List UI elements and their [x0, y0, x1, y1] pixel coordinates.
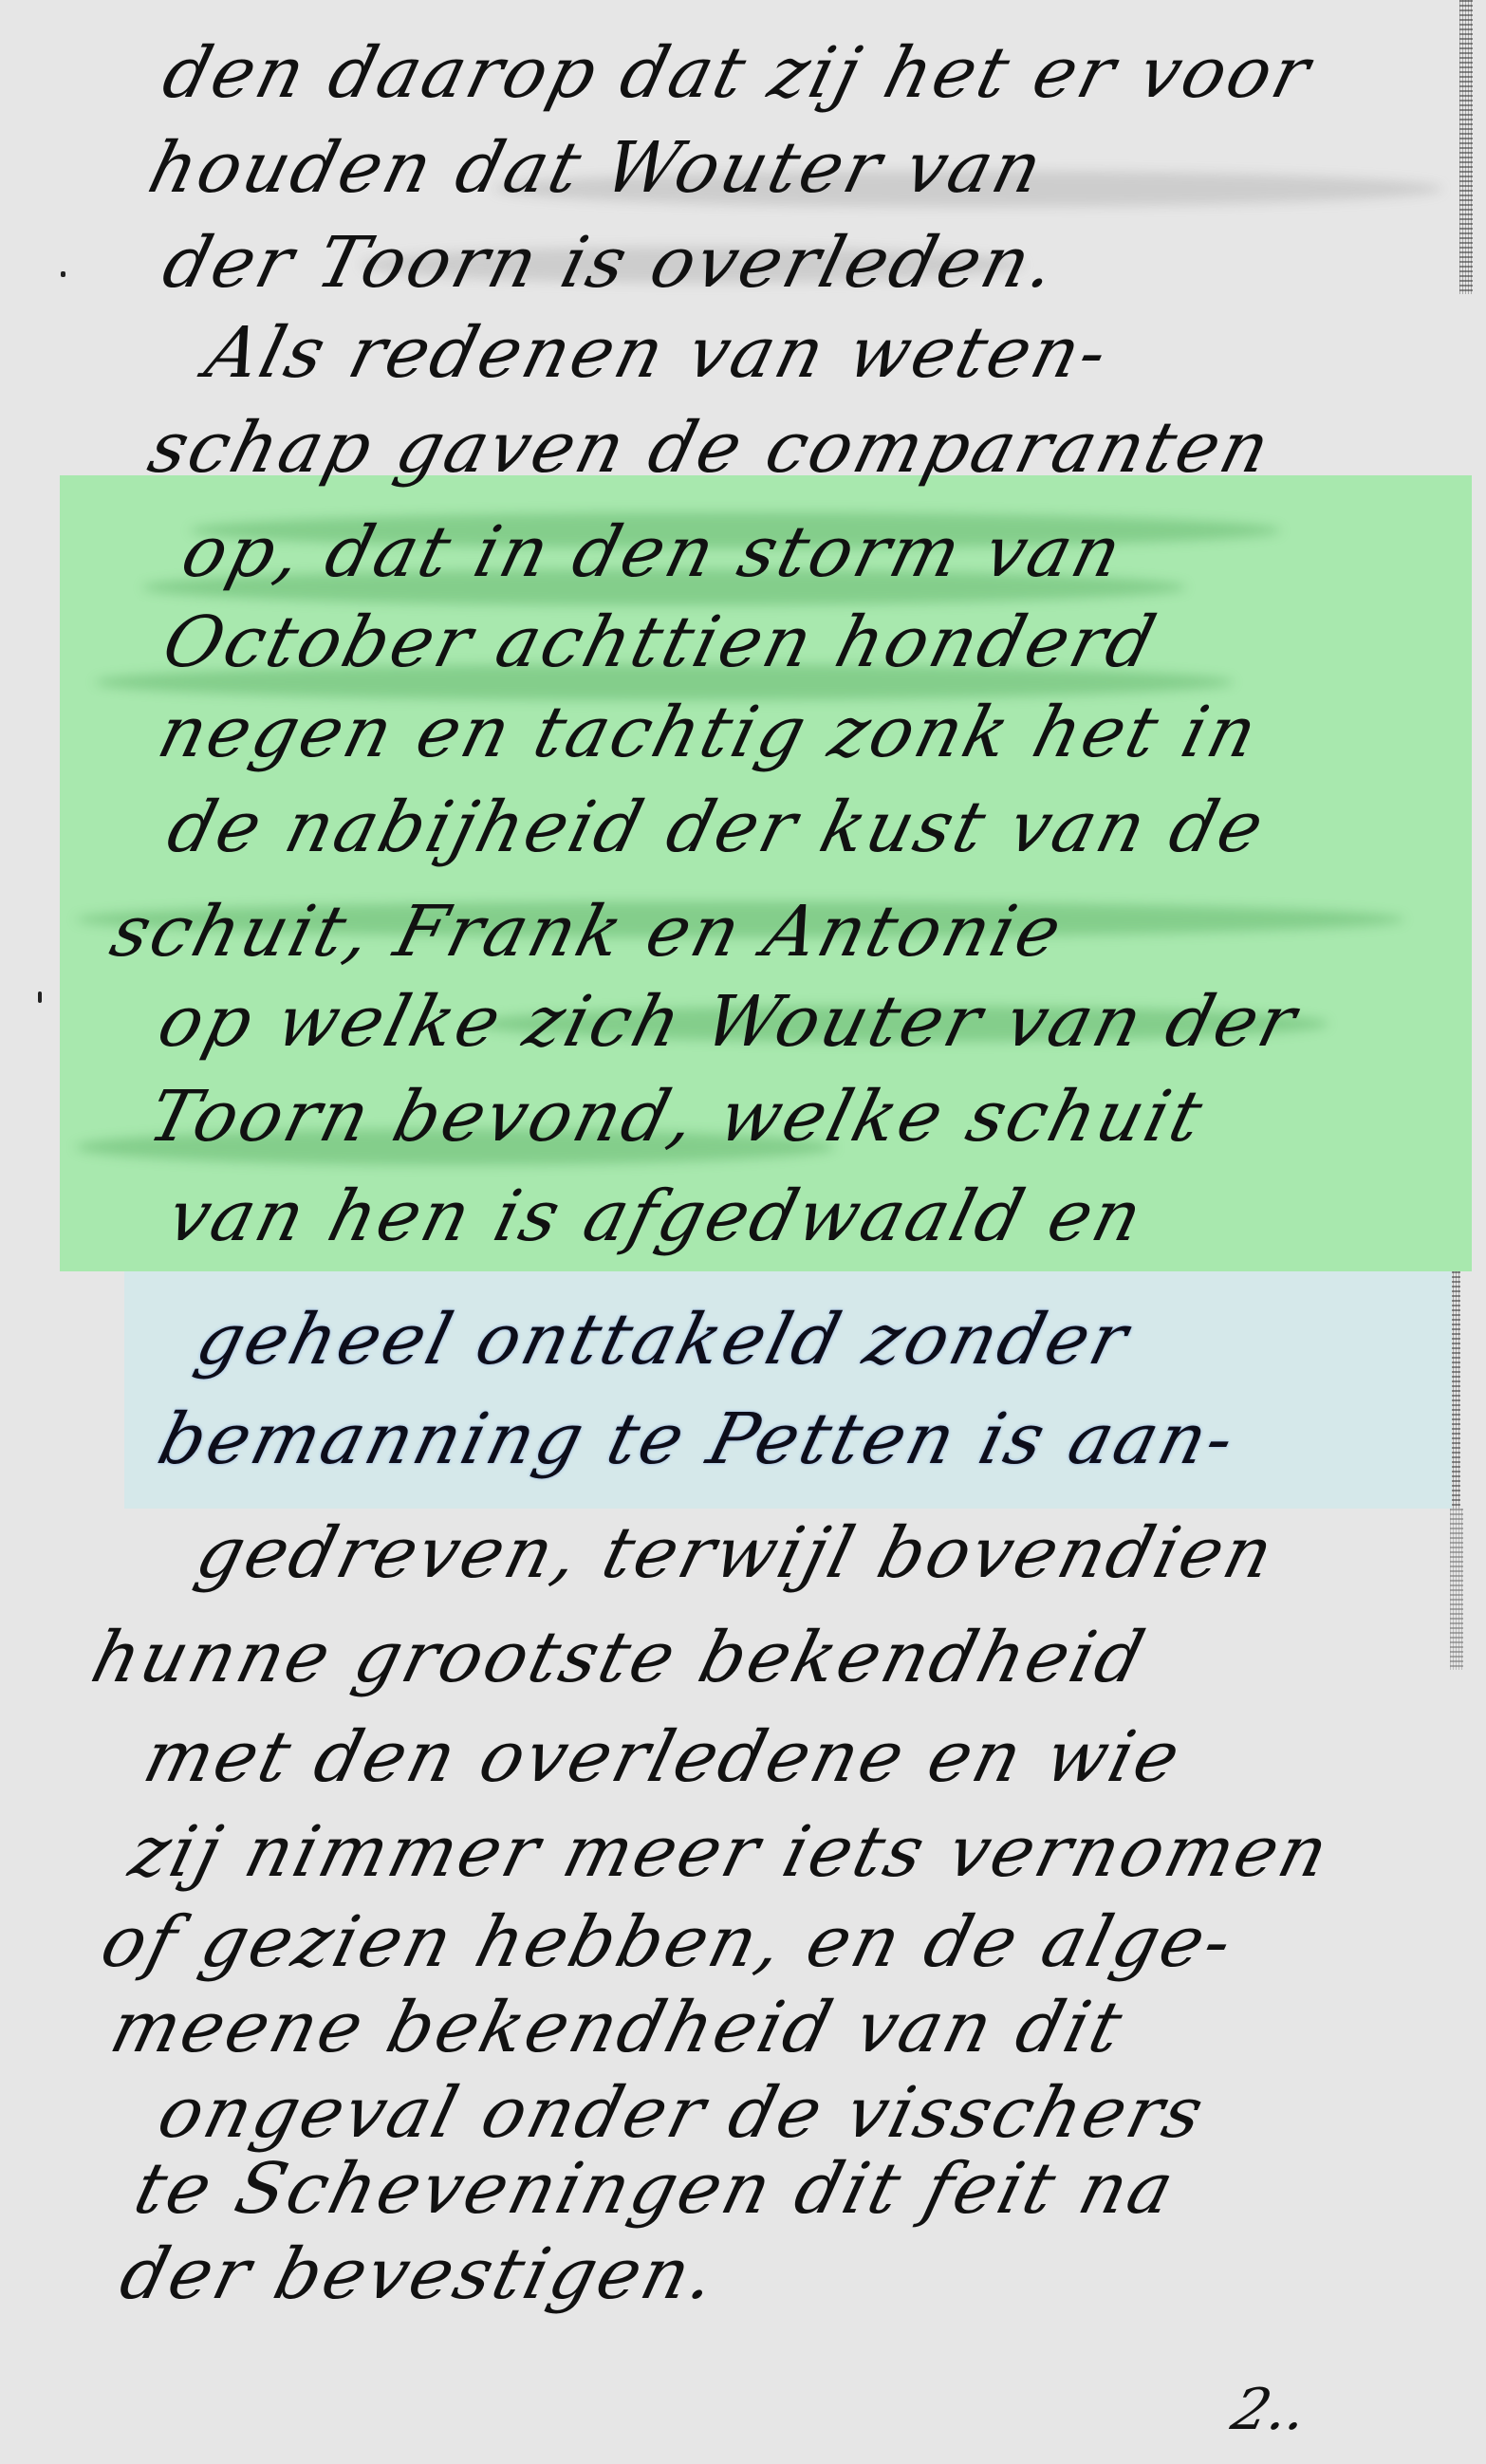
scan-binding-edge — [1450, 1509, 1463, 1670]
text-line: schuit, Frank en Antonie — [104, 897, 1070, 967]
text-line: negen en tachtig zonk het in — [152, 697, 1266, 768]
text-line: bemanning te Petten is aan- — [152, 1404, 1243, 1474]
text-line: ongeval onder de visschers — [152, 2078, 1213, 2148]
text-line: of gezien hebben, en de alge- — [95, 1907, 1241, 1977]
margin-dot — [61, 271, 65, 277]
text-line: zij nimmer meer iets vernomen — [123, 1817, 1337, 1887]
text-line: van hen is afgedwaald en — [161, 1181, 1151, 1251]
text-line: op welke zich Wouter van der — [152, 987, 1305, 1057]
text-line: houden dat Wouter van — [142, 133, 1051, 203]
scan-binding-edge — [1459, 0, 1473, 294]
text-line: October achttien honderd — [157, 607, 1164, 677]
margin-dot — [38, 991, 42, 1003]
text-line: met den overledene en wie — [138, 1722, 1189, 1792]
document-page: den daarop dat zij het er voor houden da… — [0, 0, 1486, 2464]
text-line: hunne grootste bekendheid — [85, 1622, 1153, 1693]
text-line: te Scheveningen dit feit na — [128, 2154, 1182, 2224]
page-mark: 2.. — [1225, 2377, 1314, 2443]
text-line: Als redenen van weten- — [199, 318, 1116, 388]
text-line: der bevestigen. — [114, 2239, 725, 2309]
text-line: meene bekendheid van dit — [104, 1992, 1131, 2063]
text-line: de nabijheid der kust van de — [161, 792, 1272, 862]
text-line: gedreven, terwijl bovendien — [190, 1518, 1282, 1588]
text-line: schap gaven de comparanten — [142, 413, 1278, 483]
text-line: op, dat in den storm van — [176, 517, 1130, 587]
text-line: geheel onttakeld zonder — [190, 1305, 1137, 1375]
text-line: Toorn bevond, welke schuit — [142, 1082, 1211, 1152]
text-line: der Toorn is overleden. — [157, 228, 1065, 298]
text-line: den daarop dat zij het er voor — [157, 38, 1319, 108]
